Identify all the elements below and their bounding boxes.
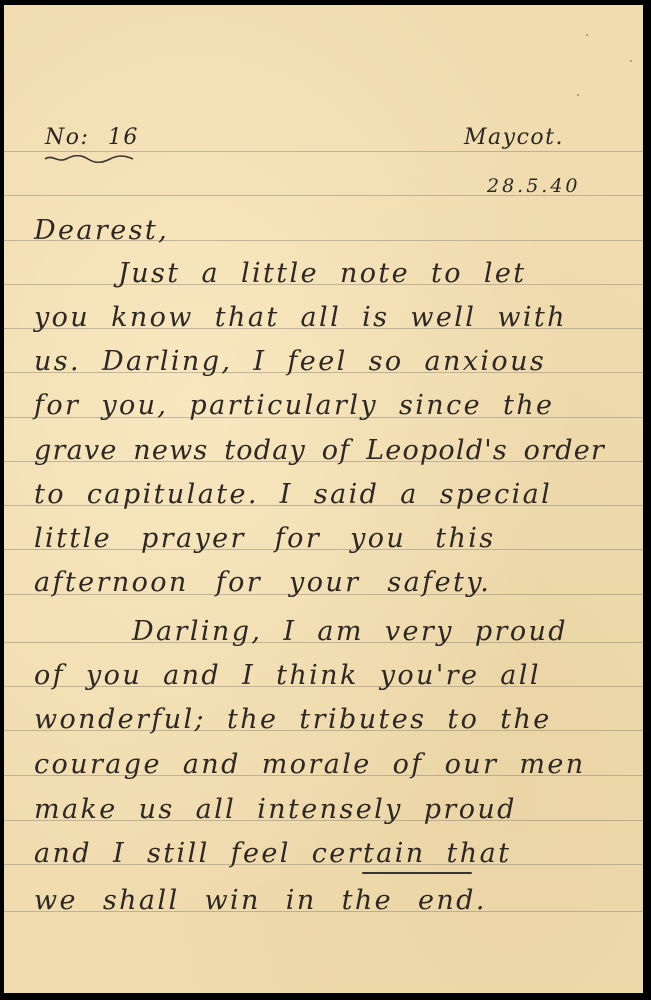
paper-speck bbox=[586, 34, 588, 36]
ruled-line bbox=[4, 151, 643, 152]
letter-line-text: and I still feel bbox=[34, 838, 291, 869]
letter-line: us. Darling, I feel so anxious bbox=[34, 348, 546, 375]
letter-line: Just a little note to let bbox=[118, 260, 527, 287]
underlined-word: certain bbox=[312, 838, 426, 869]
letter-line: courage and morale of our men bbox=[34, 751, 586, 778]
letter-line: make us all intensely proud bbox=[34, 796, 517, 823]
letter-page: No: 16 Maycot. 28.5.40 Dearest, Just a l… bbox=[4, 5, 643, 993]
letter-line: we shall win in the end. bbox=[34, 887, 487, 914]
salutation: Dearest, bbox=[34, 217, 169, 244]
letter-line: to capitulate. I said a special bbox=[34, 481, 552, 508]
letter-line: grave news today of Leopold's order bbox=[34, 437, 605, 464]
letter-line: and I still feel certain that bbox=[34, 840, 511, 867]
letter-line: for you, particularly since the bbox=[34, 392, 554, 419]
letter-line: you know that all is well with bbox=[34, 304, 567, 331]
letter-line: of you and I think you're all bbox=[34, 662, 541, 689]
letter-line-text: that bbox=[447, 838, 512, 869]
letter-place: Maycot. bbox=[464, 127, 564, 149]
letter-line: Darling, I am very proud bbox=[132, 618, 568, 645]
paper-speck bbox=[577, 94, 579, 96]
letter-date: 28.5.40 bbox=[487, 177, 581, 196]
letter-number: No: 16 bbox=[45, 127, 139, 149]
letter-line: afternoon for your safety. bbox=[34, 569, 491, 596]
letter-line: wonderful; the tributes to the bbox=[34, 706, 552, 733]
paper-speck bbox=[630, 60, 632, 62]
letter-line: little prayer for you this bbox=[34, 525, 496, 552]
wavy-underline bbox=[44, 155, 134, 163]
word-underline bbox=[362, 872, 472, 874]
